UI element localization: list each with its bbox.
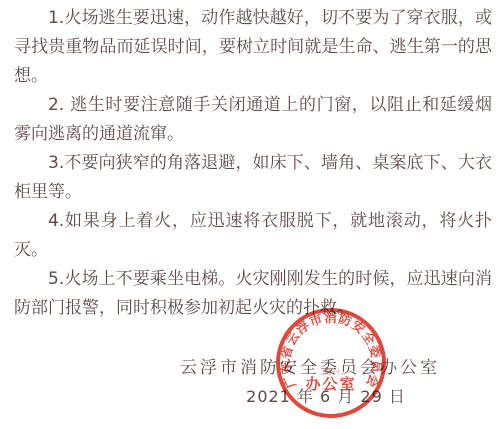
signature-line: 云浮市消防安全委员会办公室 — [150, 353, 470, 378]
paragraph-4: 4.如果身上着火，应迅速将衣服脱下，就地滚动，将火扑灭。 — [14, 207, 492, 265]
document-body: 1.火场逃生要迅速，动作越快越好，切不要为了穿衣服，或寻找贵重物品而延误时间，要… — [14, 4, 492, 323]
document-page: 1.火场逃生要迅速，动作越快越好，切不要为了穿衣服，或寻找贵重物品而延误时间，要… — [0, 0, 500, 429]
date-line: 2021 年 6 月 29 日 — [166, 384, 486, 407]
paragraph-1: 1.火场逃生要迅速，动作越快越好，切不要为了穿衣服，或寻找贵重物品而延误时间，要… — [14, 4, 492, 91]
paragraph-2: 2. 逃生时要注意随手关闭通道上的门窗，以阻止和延缓烟雾向逃离的通道流窜。 — [14, 91, 492, 149]
paragraph-5: 5.火场上不要乘坐电梯。火灾刚刚发生的时候，应迅速向消防部门报警，同时积极参加初… — [14, 265, 492, 323]
paragraph-3: 3.不要向狭窄的角落退避，如床下、墙角、桌案底下、大衣柜里等。 — [14, 149, 492, 207]
